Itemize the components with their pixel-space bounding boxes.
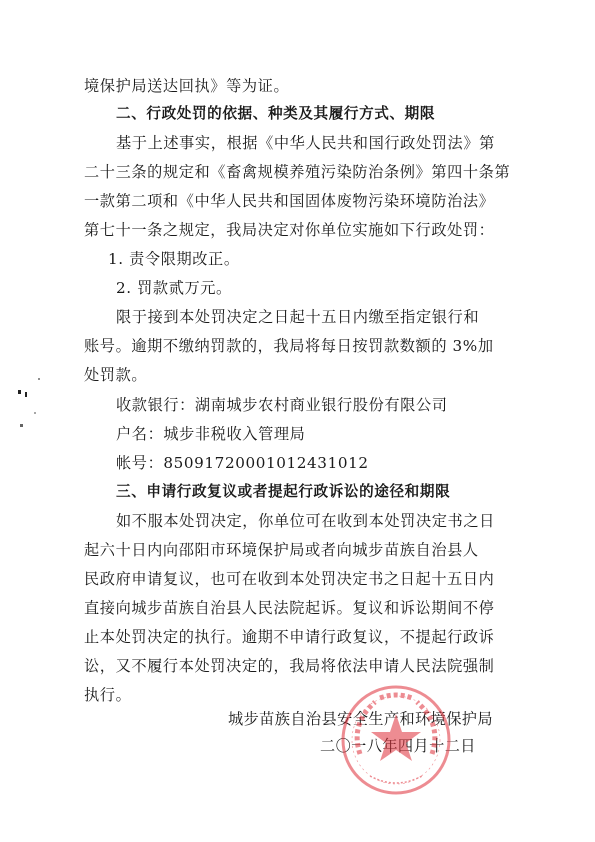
scan-speck (20, 424, 23, 427)
bank-name: 收款银行：湖南城步农村商业银行股份有限公司 (116, 395, 448, 415)
section-heading-2: 二、行政处罚的依据、种类及其履行方式、期限 (116, 104, 435, 124)
text-line: 二十三条的规定和《畜禽规模养殖污染防治条例》第四十条第 (84, 162, 510, 182)
account-number: 帐号：85091720001012431012 (116, 453, 369, 473)
account-name: 户名：城步非税收入管理局 (116, 424, 305, 444)
text-line: 基于上述事实，根据《中华人民共和国行政处罚法》第 (116, 133, 495, 153)
text-line: 如不服本处罚决定，你单位可在收到本处罚决定书之日 (116, 511, 495, 531)
text-line: 境保护局送达回执》等为证。 (84, 76, 289, 96)
text-line: 账号。逾期不缴纳罚款的，我局将每日按罚款数额的 3%加 (84, 336, 494, 356)
text-line: 讼，又不履行本处罚决定的，我局将依法申请人民法院强制 (84, 656, 494, 676)
penalty-item-1: 1. 责令限期改正。 (108, 249, 240, 269)
text-line: 限于接到本处罚决定之日起十五日内缴至指定银行和 (116, 307, 479, 327)
scan-speck (38, 378, 40, 380)
text-line: 起六十日内向邵阳市环境保护局或者向城步苗族自治县人 (84, 540, 479, 560)
text-line: 民政府申请复议，也可在收到本处罚决定书之日起十五日内 (84, 569, 494, 589)
section-heading-3: 三、申请行政复议或者提起行政诉讼的途径和期限 (116, 482, 450, 502)
text-line: 止本处罚决定的执行。逾期不申请行政复议，不提起行政诉 (84, 627, 494, 647)
text-line: 直接向城步苗族自治县人民法院起诉。复议和诉讼期间不停 (84, 598, 494, 618)
text-line: 一款第二项和《中华人民共和国固体废物污染环境防治法》 (84, 191, 494, 211)
text-line: 第七十一条之规定，我局决定对你单位实施如下行政处罚： (84, 220, 494, 240)
scan-speck (25, 392, 27, 397)
penalty-item-2: 2. 罚款贰万元。 (116, 278, 232, 298)
text-line: 执行。 (84, 685, 131, 705)
official-seal-icon (340, 684, 452, 796)
text-line: 处罚款。 (84, 365, 147, 385)
scan-speck (34, 412, 36, 414)
scan-speck (18, 390, 21, 394)
